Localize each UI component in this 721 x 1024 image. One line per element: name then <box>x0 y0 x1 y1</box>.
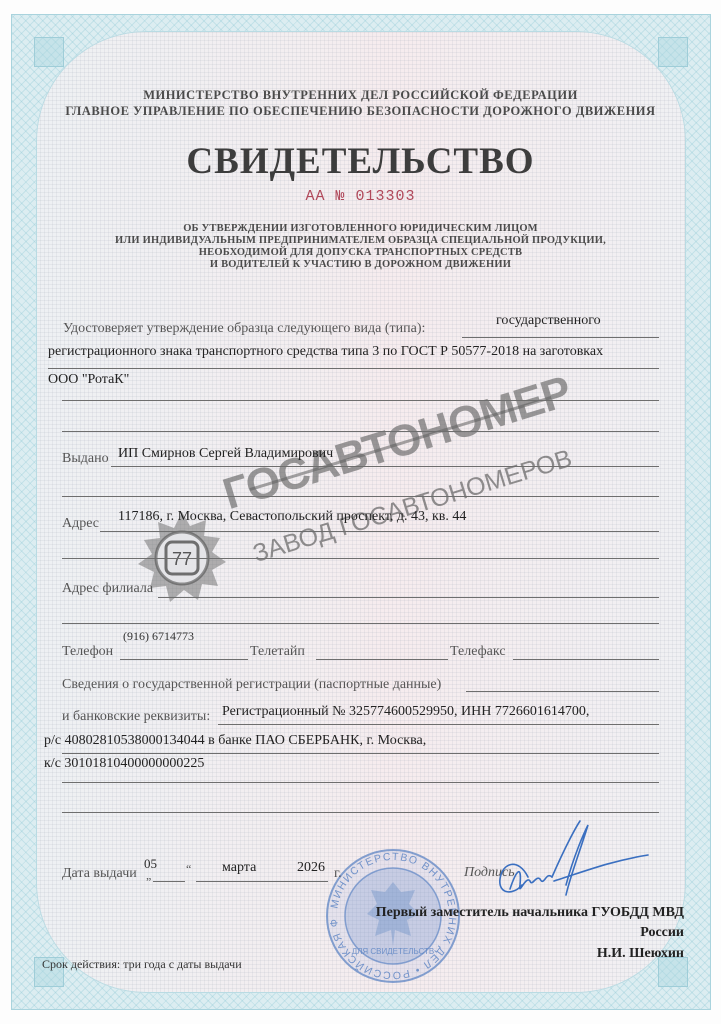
year-suffix: г. <box>334 866 342 882</box>
field-underline <box>62 623 659 624</box>
issued-value: ИП Смирнов Сергей Владимирович <box>118 446 333 462</box>
field-underline <box>513 659 659 660</box>
field-underline <box>153 881 185 882</box>
registration-label: Сведения о государственной регистрации (… <box>62 677 441 693</box>
bank-value-correspondent: к/с 30101810400000000225 <box>44 756 204 772</box>
issue-year: 2026 <box>297 860 325 876</box>
bank-value: Регистрационный № 325774600529950, ИНН 7… <box>222 704 589 720</box>
certifies-value-manufacturer: ООО "РотаК" <box>48 372 129 388</box>
subtitle-line: НЕОБХОДИМОЙ ДЛЯ ДОПУСКА ТРАНСПОРТНЫХ СРЕ… <box>0 247 721 258</box>
address-label: Адрес <box>62 516 99 532</box>
quote-open: „ <box>146 868 151 883</box>
field-underline <box>158 597 659 598</box>
signatory-country: России <box>640 925 684 941</box>
bank-label: и банковские реквизиты: <box>62 709 210 725</box>
certifies-value: государственного <box>496 313 601 329</box>
field-underline <box>62 496 659 497</box>
date-label: Дата выдачи <box>62 866 137 882</box>
field-underline <box>196 881 328 882</box>
bank-value-account: р/с 40802810538000134044 в банке ПАО СБЕ… <box>44 733 426 749</box>
branch-address-label: Адрес филиала <box>62 581 153 597</box>
field-underline <box>48 368 659 369</box>
quote-close: “ <box>186 862 191 877</box>
handwritten-signature <box>470 815 650 905</box>
corner-ornament <box>658 37 688 67</box>
fax-label: Телефакс <box>450 644 506 660</box>
certifies-label: Удостоверяет утверждение образца следующ… <box>63 321 425 337</box>
field-underline <box>62 753 659 754</box>
document-title: СВИДЕТЕЛЬСТВО <box>0 140 721 183</box>
field-underline <box>218 724 659 725</box>
field-underline <box>62 431 659 432</box>
field-underline <box>62 812 659 813</box>
field-underline <box>120 659 248 660</box>
validity-period: Срок действия: три года с даты выдачи <box>42 957 242 972</box>
field-underline <box>316 659 448 660</box>
field-underline <box>462 337 659 338</box>
issue-month: марта <box>222 860 256 876</box>
signatory-name: Н.И. Шеюхин <box>597 946 684 962</box>
corner-ornament <box>34 37 64 67</box>
subtitle-line: И ВОДИТЕЛЕЙ К УЧАСТИЮ В ДОРОЖНОМ ДВИЖЕНИ… <box>0 259 721 270</box>
signatory-position: Первый заместитель начальника ГУОБДД МВД <box>376 905 684 921</box>
field-underline <box>100 531 659 532</box>
phone-label: Телефон <box>62 644 113 660</box>
svg-text:77: 77 <box>172 549 192 569</box>
ministry-header: МИНИСТЕРСТВО ВНУТРЕННИХ ДЕЛ РОССИЙСКОЙ Ф… <box>0 88 721 103</box>
serial-number: АА № 013303 <box>0 188 721 205</box>
subtitle-line: ИЛИ ИНДИВИДУАЛЬНЫМ ПРЕДПРИНИМАТЕЛЕМ ОБРА… <box>0 235 721 246</box>
issued-label: Выдано <box>62 451 109 467</box>
address-value: 117186, г. Москва, Севастопольский просп… <box>118 509 466 525</box>
teletype-label: Телетайп <box>250 644 305 660</box>
subtitle-line: ОБ УТВЕРЖДЕНИИ ИЗГОТОВЛЕННОГО ЮРИДИЧЕСКИ… <box>0 223 721 234</box>
phone-value: (916) 6714773 <box>123 629 194 644</box>
field-underline <box>62 782 659 783</box>
field-underline <box>62 400 659 401</box>
field-underline <box>466 691 659 692</box>
directorate-header: ГЛАВНОЕ УПРАВЛЕНИЕ ПО ОБЕСПЕЧЕНИЮ БЕЗОПА… <box>0 104 721 119</box>
svg-text:ДЛЯ СВИДЕТЕЛЬСТВ: ДЛЯ СВИДЕТЕЛЬСТВ <box>352 947 435 956</box>
certifies-value-continued: регистрационного знака транспортного сре… <box>48 344 603 360</box>
field-underline <box>111 466 659 467</box>
field-underline <box>62 558 659 559</box>
